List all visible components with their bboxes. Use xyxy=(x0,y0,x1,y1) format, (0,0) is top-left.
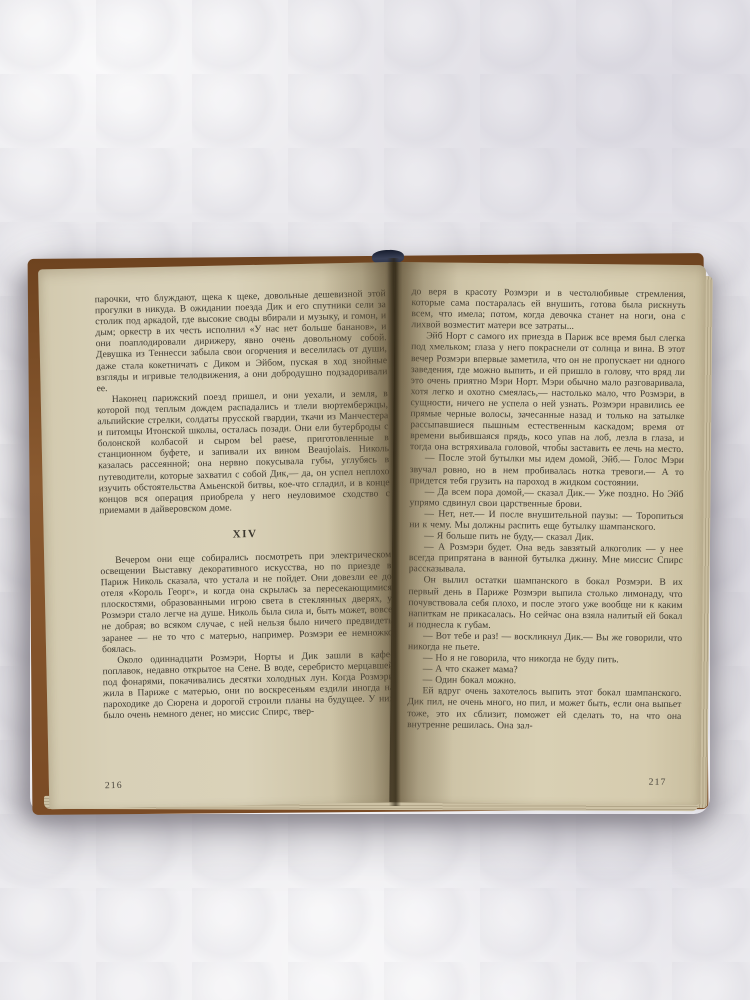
right-page: до веря в красоту Розмэри и в честолюбив… xyxy=(389,262,706,805)
paragraph: Около одиннадцати Розмэри, Норты и Дик з… xyxy=(102,649,394,722)
paragraph: Ей вдруг очень захотелось выпить этот бо… xyxy=(407,686,681,733)
paragraph: Вечером они еще собирались посмотреть пр… xyxy=(100,549,393,655)
right-page-paragraphs: до веря в красоту Розмэри и в честолюбив… xyxy=(407,286,686,733)
page-number-right: 217 xyxy=(649,778,667,788)
left-page-paragraphs-top: парочки, что блуждают, щека к щеке, дово… xyxy=(95,288,391,516)
page-number-left: 216 xyxy=(105,781,123,791)
paragraph: Он вылил остатки шампанского в бокал Роз… xyxy=(408,575,683,633)
paragraph: парочки, что блуждают, щека к щеке, дово… xyxy=(95,288,388,394)
left-page-text-block: парочки, что блуждают, щека к щеке, дово… xyxy=(38,262,406,809)
left-page-paragraphs-bottom: Вечером они еще собирались посмотреть пр… xyxy=(100,549,394,721)
paragraph: — Вот тебе и раз! — воскликнул Дик.— Вы … xyxy=(408,630,682,655)
paragraph: — После этой бутылки мы идем домой, Эйб.… xyxy=(410,453,684,489)
open-book: парочки, что блуждают, щека к щеке, дово… xyxy=(0,0,750,1000)
paragraph: до веря в красоту Розмэри и в честолюбив… xyxy=(411,286,685,333)
paragraph: — Да всем пора домой,— сказал Дик.— Уже … xyxy=(409,486,683,511)
paragraph: Эйб Норт с самого их приезда в Париж все… xyxy=(410,331,685,456)
book-fold-line xyxy=(387,258,401,806)
chapter-heading: XIV xyxy=(100,525,391,543)
photo-scene: парочки, что блуждают, щека к щеке, дово… xyxy=(0,0,750,1000)
paragraph: — Нет, нет.— И после внушительной паузы:… xyxy=(409,508,683,533)
right-page-text-block: до веря в красоту Розмэри и в честолюбив… xyxy=(389,262,706,805)
left-page: парочки, что блуждают, щека к щеке, дово… xyxy=(38,262,406,809)
paragraph: — А Розмэри будет. Она ведь завзятый алк… xyxy=(409,541,683,577)
paragraph: Наконец парижский поезд пришел, и они уе… xyxy=(97,388,390,516)
